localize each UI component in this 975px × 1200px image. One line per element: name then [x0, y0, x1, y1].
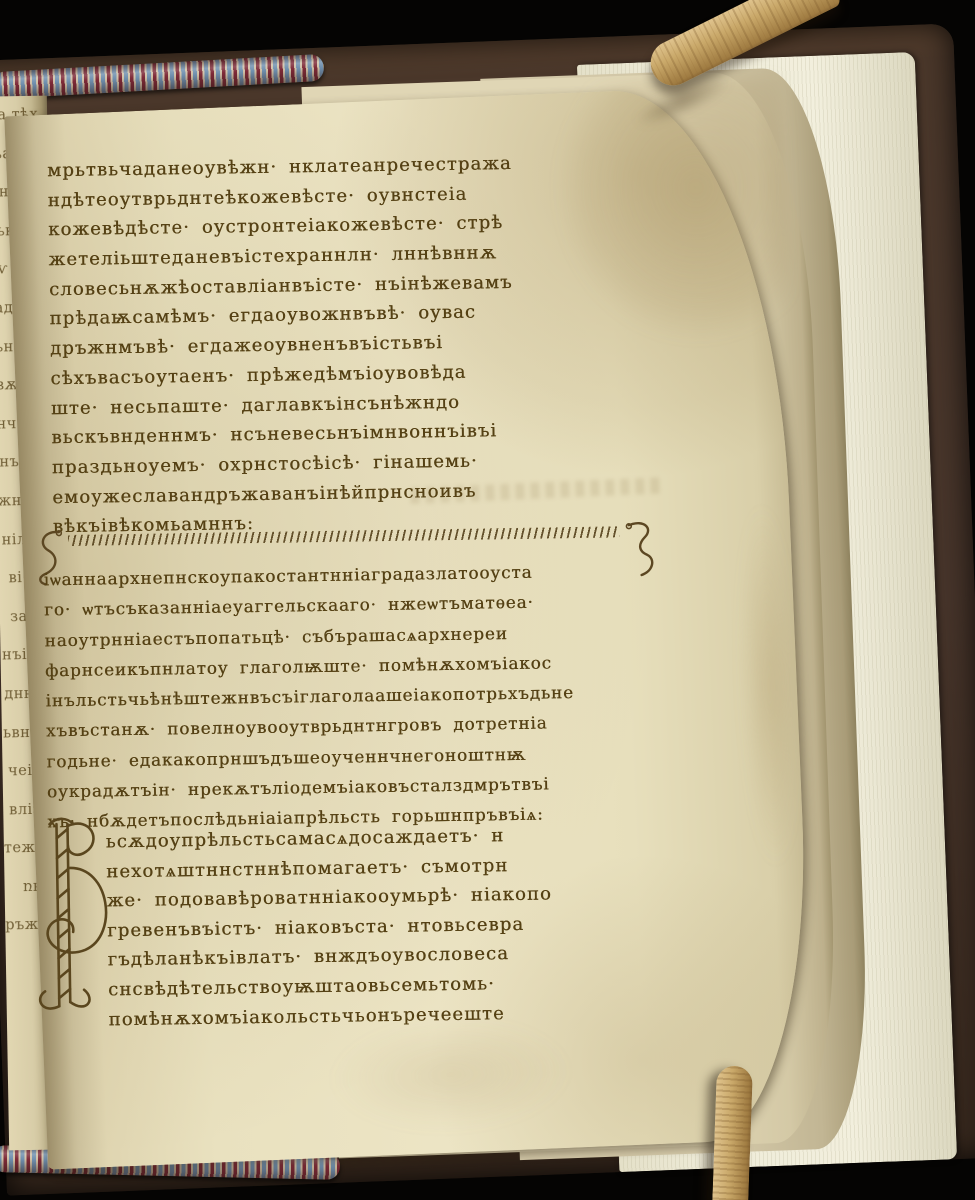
- paragraph-with-initial: ьсѫдоупрѣльстьсамасѧдосаждаетъ· ннехотѧш…: [106, 820, 554, 1034]
- text-line: помѣнѫхомъіакольстьчьонъречееште: [108, 998, 554, 1035]
- divider-curl-right: [623, 519, 658, 578]
- page-holder-stick-bottom: [712, 1065, 753, 1200]
- text-area: мрьтвьчаданеоувѣжн· нклатеанречестражанд…: [6, 103, 790, 1169]
- manuscript-photograph: а тѣхъаагнінннчькіннѵ танадьрньнамъвѫдат…: [0, 0, 975, 1200]
- divider-hatching: [68, 526, 620, 546]
- paragraph-end-of-homily: мрьтвьчаданеоувѣжн· нклатеанречестражанд…: [47, 149, 518, 542]
- initial-letter: В: [6, 115, 7, 116]
- manuscript-page: мрьтвьчаданеоувѣжн· нклатеанречестражанд…: [4, 84, 815, 1169]
- homily-section-chrysostom: іѡаннаархнепнскоупакостантнніаградазлато…: [43, 556, 576, 837]
